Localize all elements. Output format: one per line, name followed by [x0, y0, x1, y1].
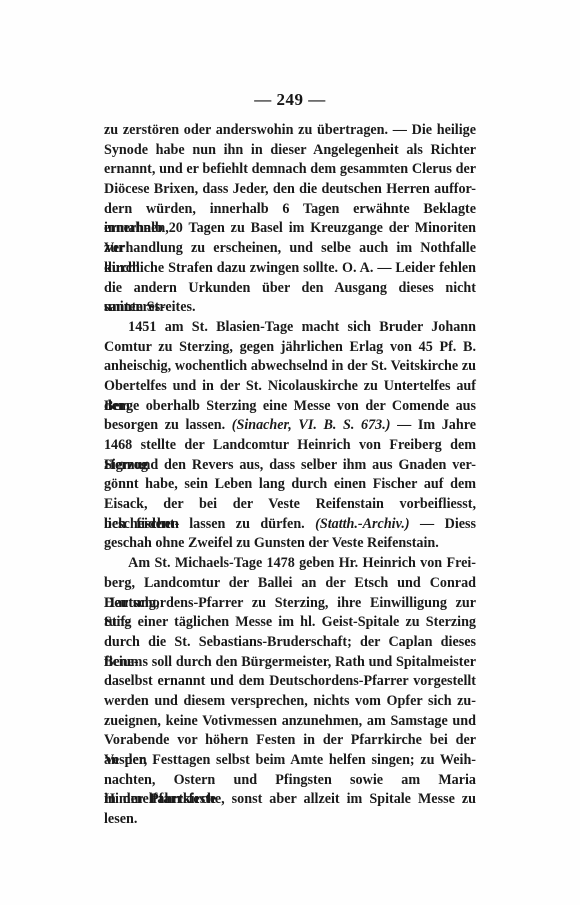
text-line: kirchliche Strafen dazu zwingen sollte. … — [104, 258, 476, 278]
text-line: 1468 stellte der Landcomtur Heinrich von… — [104, 435, 476, 455]
line-text: santen Streites. — [104, 298, 196, 315]
text-line: berg, Landcomtur der Ballei an der Etsch… — [104, 573, 476, 593]
text-line: Berge oberhalb Sterzing eine Messe von d… — [104, 396, 476, 416]
line-text: zueignen, keine Votivmessen anzunehmen, … — [104, 712, 476, 729]
text-line: ficiums soll durch den Bürgermeister, Ra… — [104, 652, 476, 672]
text-line: Deutschordens-Pfarrer zu Sterzing, ihre … — [104, 593, 476, 613]
line-text: Comtur zu Sterzing, gegen jährlichen Erl… — [104, 338, 476, 355]
line-text: zu zerstören oder anderswohin zu übertra… — [104, 121, 476, 138]
source-citation: (Sinacher, VI. B. S. 673.) — [232, 416, 391, 433]
line-text: werden und diesem versprechen, nichts vo… — [104, 692, 476, 709]
paragraph-start-line: Am St. Michaels-Tage 1478 geben Hr. Hein… — [104, 553, 476, 573]
line-text: anheischig, wochentlich abwechselnd in d… — [104, 357, 476, 374]
line-text: Am St. Michaels-Tage 1478 geben Hr. Hein… — [128, 554, 476, 571]
text-line: Synode habe nun ihn in dieser Angelegenh… — [104, 140, 476, 160]
line-text: besorgen zu lassen. — [104, 416, 232, 433]
line-text: Diöcese Brixen, dass Jeder, den die deut… — [104, 180, 476, 197]
line-text: Sigmund den Revers aus, dass selber ihm … — [104, 456, 476, 473]
line-text: Synode habe nun ihn in dieser Angelegenh… — [104, 141, 476, 158]
source-citation: (Statth.-Archiv.) — [315, 515, 409, 532]
line-text: gönnt habe, sein Leben lang durch einen … — [104, 475, 476, 492]
line-text: lich fischen lassen zu dürfen. — [104, 515, 315, 532]
text-line: Vorabende vor höhern Festen in der Pfarr… — [104, 730, 476, 750]
text-line: Verhandlung zu erscheinen, und selbe auc… — [104, 238, 476, 258]
line-text: 1451 am St. Blasien-Tage macht sich Brud… — [128, 318, 476, 335]
text-line: Obertelfes und in der St. Nicolauskirche… — [104, 376, 476, 396]
page-number: — 249 — — [0, 90, 580, 110]
text-line: Eisack, der bei der Veste Reifenstain vo… — [104, 494, 476, 514]
text-line: anheischig, wochentlich abwechselnd in d… — [104, 356, 476, 376]
line-text-continued: — Diess — [410, 515, 476, 532]
text-line: die andern Urkunden über den Ausgang die… — [104, 278, 476, 298]
text-line: zueignen, keine Votivmessen anzunehmen, … — [104, 711, 476, 731]
text-line: besorgen zu lassen. (Sinacher, VI. B. S.… — [104, 415, 476, 435]
text-line: nachten, Ostern und Pfingsten sowie am M… — [104, 770, 476, 790]
text-line: santen Streites. — [104, 297, 476, 317]
line-text: ficiums soll durch den Bürgermeister, Ra… — [104, 653, 476, 670]
text-line: gönnt habe, sein Leben lang durch einen … — [104, 474, 476, 494]
line-text: daselbst ernannt und dem Deutschordens-P… — [104, 672, 476, 689]
text-line: daselbst ernannt und dem Deutschordens-P… — [104, 671, 476, 691]
book-page: — 249 — zu zerstören oder anderswohin zu… — [0, 0, 580, 905]
text-line: zu zerstören oder anderswohin zu übertra… — [104, 120, 476, 140]
text-line: an den Festtagen selbst beim Amte helfen… — [104, 750, 476, 770]
line-text: an den Festtagen selbst beim Amte helfen… — [104, 751, 476, 768]
text-line: Diöcese Brixen, dass Jeder, den die deut… — [104, 179, 476, 199]
line-text: tung einer täglichen Messe im hl. Geist-… — [104, 613, 476, 630]
body-text: zu zerstören oder anderswohin zu übertra… — [104, 120, 476, 809]
text-line: geschah ohne Zweifel zu Gunsten der Vest… — [104, 533, 476, 553]
text-line: werden und diesem versprechen, nichts vo… — [104, 691, 476, 711]
text-line: durch die St. Sebastians-Bruderschaft; d… — [104, 632, 476, 652]
text-line: innerhalb 20 Tagen zu Basel im Kreuzgang… — [104, 218, 476, 238]
text-line: dern würden, innerhalb 6 Tagen erwähnte … — [104, 199, 476, 219]
line-text: ernannt, und er befiehlt demnach dem ges… — [104, 160, 476, 177]
text-line: in der Pfarrkirche, sonst aber allzeit i… — [104, 789, 476, 809]
text-line: lich fischen lassen zu dürfen. (Statth.-… — [104, 514, 476, 534]
line-text: kirchliche Strafen dazu zwingen sollte. … — [104, 259, 476, 276]
line-text-continued: — Im Jahre — [390, 416, 476, 433]
line-text: geschah ohne Zweifel zu Gunsten der Vest… — [104, 534, 439, 551]
paragraph-start-line: 1451 am St. Blasien-Tage macht sich Brud… — [104, 317, 476, 337]
text-line: ernannt, und er befiehlt demnach dem ges… — [104, 159, 476, 179]
line-text: in der Pfarrkirche, sonst aber allzeit i… — [104, 790, 476, 827]
text-line: Comtur zu Sterzing, gegen jährlichen Erl… — [104, 337, 476, 357]
text-line: tung einer täglichen Messe im hl. Geist-… — [104, 612, 476, 632]
line-text: Berge oberhalb Sterzing eine Messe von d… — [104, 397, 476, 414]
text-line: Sigmund den Revers aus, dass selber ihm … — [104, 455, 476, 475]
